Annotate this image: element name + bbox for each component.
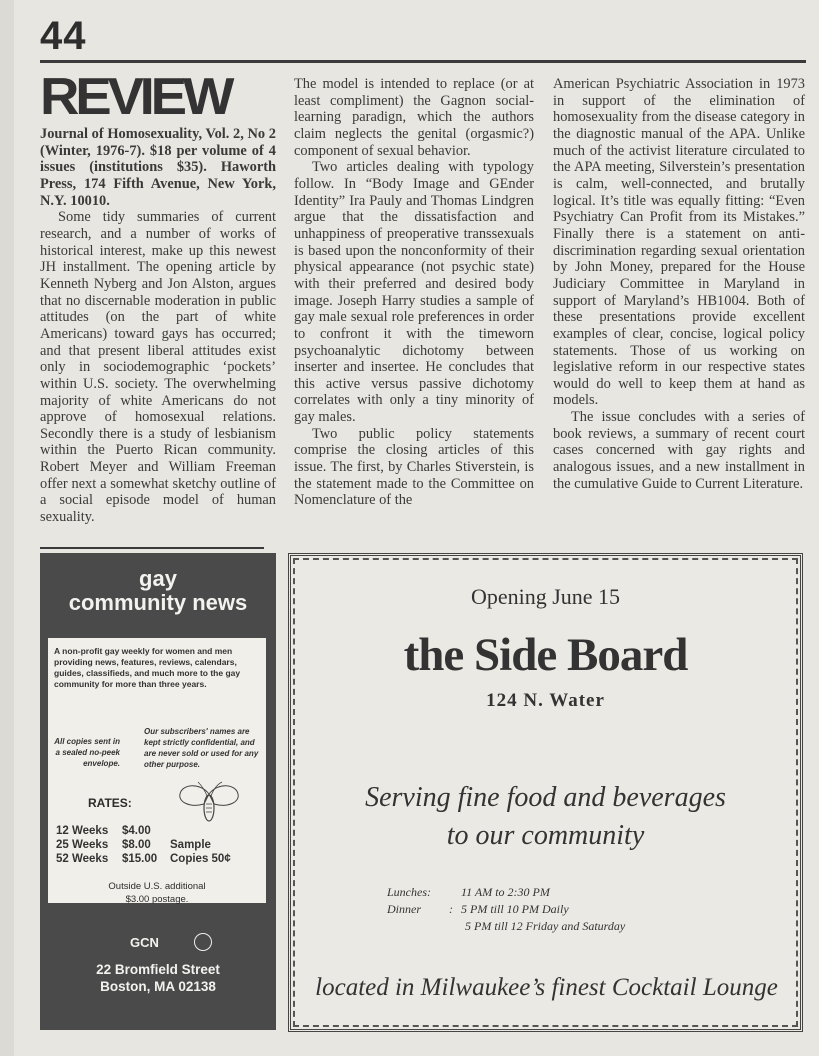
article-paragraph: Some tidy summaries of current research,… — [40, 209, 276, 525]
sideboard-advertisement: Opening June 15 the Side Board 124 N. Wa… — [288, 553, 803, 1032]
gcn-rates-table: 12 Weeks $4.00 25 Weeks $8.00 Sample 52 … — [56, 824, 231, 866]
rate-row: 52 Weeks $15.00 Copies 50¢ — [56, 852, 231, 866]
sideboard-hours: Lunches: 11 AM to 2:30 PM Dinner : 5 PM … — [387, 884, 625, 935]
gcn-title-line2: community news — [40, 591, 276, 615]
article-column-2: The model is intended to replace (or at … — [294, 76, 534, 509]
gcn-note-envelope: All copies sent in a sealed no-peek enve… — [48, 736, 120, 769]
page-edge — [0, 0, 14, 1056]
article-paragraph: The issue concludes with a series of boo… — [553, 409, 805, 492]
gcn-advertisement: gay community news A non-profit gay week… — [40, 553, 276, 1030]
gcn-description: A non-profit gay weekly for women and me… — [48, 638, 266, 690]
gcn-info-panel: A non-profit gay weekly for women and me… — [48, 638, 266, 903]
article-paragraph: Two public policy statements comprise th… — [294, 426, 534, 509]
rate-row: 25 Weeks $8.00 Sample — [56, 838, 231, 852]
sideboard-tagline: Serving fine food and beverages to our c… — [291, 779, 800, 855]
gcn-abbreviation: GCN — [130, 935, 159, 950]
bibliographic-citation: Journal of Homosexuality, Vol. 2, No 2 (… — [40, 126, 276, 209]
rate-row: 12 Weeks $4.00 — [56, 824, 231, 838]
article-paragraph: American Psychiatric Association in 1973… — [553, 76, 805, 409]
gcn-postage-note: Outside U.S. additional $3.00 postage. — [48, 880, 266, 906]
gcn-title-line1: gay — [40, 567, 276, 591]
gcn-note-confidential: Our subscribers' names are kept strictly… — [144, 726, 264, 770]
article-column-3: American Psychiatric Association in 1973… — [553, 76, 805, 492]
hours-row: Dinner : 5 PM till 10 PM Daily — [387, 901, 625, 918]
gcn-seal-icon — [194, 933, 212, 951]
hours-row: 5 PM till 12 Friday and Saturday — [387, 918, 625, 935]
sideboard-location: located in Milwaukee’s finest Cocktail L… — [299, 974, 794, 1002]
gcn-title: gay community news — [40, 567, 276, 615]
header-rule — [40, 60, 806, 63]
page-number: 44 — [40, 14, 87, 58]
sideboard-name: the Side Board — [291, 628, 800, 682]
article-paragraph: The model is intended to replace (or at … — [294, 76, 534, 159]
gcn-rates-title: RATES: — [88, 796, 132, 810]
gcn-address: 22 Bromfield Street Boston, MA 02138 — [40, 961, 276, 995]
sideboard-opening-date: Opening June 15 — [291, 584, 800, 610]
moth-illustration-icon — [176, 780, 242, 828]
article-paragraph: Two articles dealing with typology follo… — [294, 159, 534, 426]
sideboard-address: 124 N. Water — [291, 690, 800, 712]
article-column-1: Journal of Homosexuality, Vol. 2, No 2 (… — [40, 126, 276, 526]
hours-row: Lunches: 11 AM to 2:30 PM — [387, 884, 625, 901]
column-divider-rule — [40, 547, 264, 549]
section-title-review: REVIEW — [40, 74, 250, 120]
